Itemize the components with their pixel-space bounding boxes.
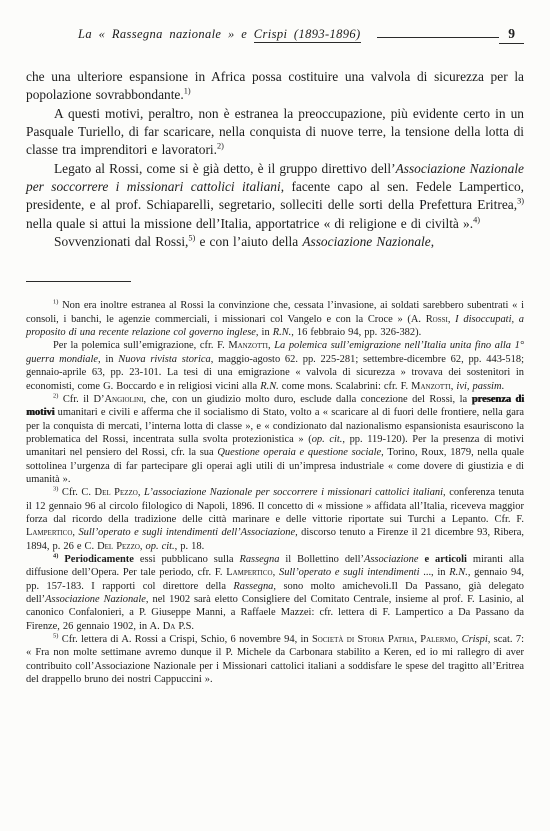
footnote-1: 1) Non era inoltre estranea al Rossi la … xyxy=(26,299,524,339)
text-segment: Del Pezzo xyxy=(97,541,140,552)
text-segment: R.N. xyxy=(260,381,279,392)
text-segment: Società di Storia Patria, Palermo xyxy=(312,634,456,645)
text-segment: A questi motivi, peraltro, non è estrane… xyxy=(26,106,524,158)
footnote-4: 4) Periodicamente essi pubblicano sulla … xyxy=(26,553,524,633)
header-rule xyxy=(377,37,500,38)
book-page: La « Rassegna nazionale » e Crispi (1893… xyxy=(0,0,550,831)
text-segment: Manzotti xyxy=(411,381,451,392)
footnote-5: 5) Cfr. lettera di A. Rossi a Crispi, Sc… xyxy=(26,633,524,686)
page-header: La « Rassegna nazionale » e Crispi (1893… xyxy=(26,26,524,44)
text-segment: ivi, passim xyxy=(456,381,501,392)
text-segment: essi pubblicano sulla xyxy=(134,554,240,565)
footnote-separator xyxy=(26,281,131,282)
body-paragraph: Legato al Rossi, come si è già detto, è … xyxy=(26,160,524,233)
text-segment: Associazione Nazionale xyxy=(45,594,146,605)
text-segment: R.N. xyxy=(449,567,468,578)
text-segment: Angiolini xyxy=(105,394,144,405)
body-paragraph: Sovvenzionati dal Rossi,5) e con l’aiuto… xyxy=(26,233,524,251)
text-segment: Del Pezzo xyxy=(95,487,138,498)
body-paragraph: A questi motivi, peraltro, non è estrane… xyxy=(26,105,524,160)
page-number: 9 xyxy=(499,26,524,44)
text-segment: , in xyxy=(256,327,273,338)
text-segment: Cfr. C. xyxy=(58,487,94,498)
footnotes: 1) Non era inoltre estranea al Rossi la … xyxy=(26,299,524,686)
text-segment: 4) xyxy=(473,215,480,224)
text-segment: che una ulteriore espansione in Africa p… xyxy=(26,69,524,102)
text-segment: Associazione xyxy=(364,554,419,565)
text-segment: Crispi xyxy=(462,634,488,645)
text-segment: op. cit. xyxy=(312,434,343,445)
text-segment: 3) xyxy=(517,197,524,206)
text-segment: Sull’operato e sugli intendimenti xyxy=(279,567,420,578)
main-text: che una ulteriore espansione in Africa p… xyxy=(26,68,524,251)
text-segment: Legato al Rossi, come si è già detto, è … xyxy=(54,161,396,176)
text-segment: , p. 18. xyxy=(175,541,205,552)
text-segment: Cfr. il D’ xyxy=(58,394,104,405)
text-segment: 1) xyxy=(184,87,191,96)
text-segment: Cfr. lettera di A. Rossi a Crispi, Schio… xyxy=(58,634,312,645)
text-segment: Da xyxy=(163,621,176,632)
text-segment: op. cit. xyxy=(146,541,175,552)
body-paragraph: che una ulteriore espansione in Africa p… xyxy=(26,68,524,105)
text-segment: Manzotti xyxy=(228,340,268,351)
text-segment: Periodicamente xyxy=(64,554,134,565)
text-segment: , 16 febbraio 94, pp. 326-382). xyxy=(291,327,421,338)
text-segment: Per la polemica sull’emigrazione, cfr. F… xyxy=(53,340,228,351)
text-segment: Questione operaia e questione sociale xyxy=(217,447,381,458)
text-segment: ..., in xyxy=(419,567,449,578)
footnote-2: 2) Cfr. il D’Angiolini, che, con un giud… xyxy=(26,393,524,486)
text-segment: Rossi xyxy=(426,314,448,325)
text-segment: Sovvenzionati dal Rossi, xyxy=(54,234,188,249)
text-segment: Lampertico xyxy=(26,527,72,538)
running-title-plain: La « Rassegna nazionale » e xyxy=(78,27,254,41)
text-segment: L’associazione Nazionale per soccorrere … xyxy=(144,487,443,498)
text-segment: Rassegna xyxy=(233,581,273,592)
running-title-underlined: Crispi (1893-1896) xyxy=(254,27,361,43)
footnote-1-continuation: Per la polemica sull’emigrazione, cfr. F… xyxy=(26,339,524,392)
text-segment: Nuova rivista storica xyxy=(118,354,210,365)
text-segment: e con l’aiuto della xyxy=(195,234,302,249)
text-segment: e articoli xyxy=(424,554,466,565)
text-segment: 2) xyxy=(217,142,224,151)
text-segment: . xyxy=(502,381,505,392)
text-segment: Lampertico xyxy=(226,567,272,578)
text-segment: Rassegna xyxy=(239,554,279,565)
text-segment: Associazione Nazionale xyxy=(302,234,430,249)
footnote-3: 3) Cfr. C. Del Pezzo, L’associazione Naz… xyxy=(26,486,524,553)
text-segment: R.N. xyxy=(273,327,292,338)
text-segment: P.S. xyxy=(175,621,194,632)
text-segment: Sull’operato e sugli intendimenti dell’A… xyxy=(78,527,295,538)
text-segment: il Bollettino dell’ xyxy=(279,554,364,565)
text-segment: come mons. Scalabrini: cfr. F. xyxy=(279,381,411,392)
text-segment: , in xyxy=(98,354,118,365)
text-segment: , che, con un giudizio molto duro, esclu… xyxy=(144,394,472,405)
text-segment: , xyxy=(431,234,434,249)
running-title: La « Rassegna nazionale » e Crispi (1893… xyxy=(78,27,361,42)
text-segment: nella quale si attui la missione dell’It… xyxy=(26,216,473,231)
